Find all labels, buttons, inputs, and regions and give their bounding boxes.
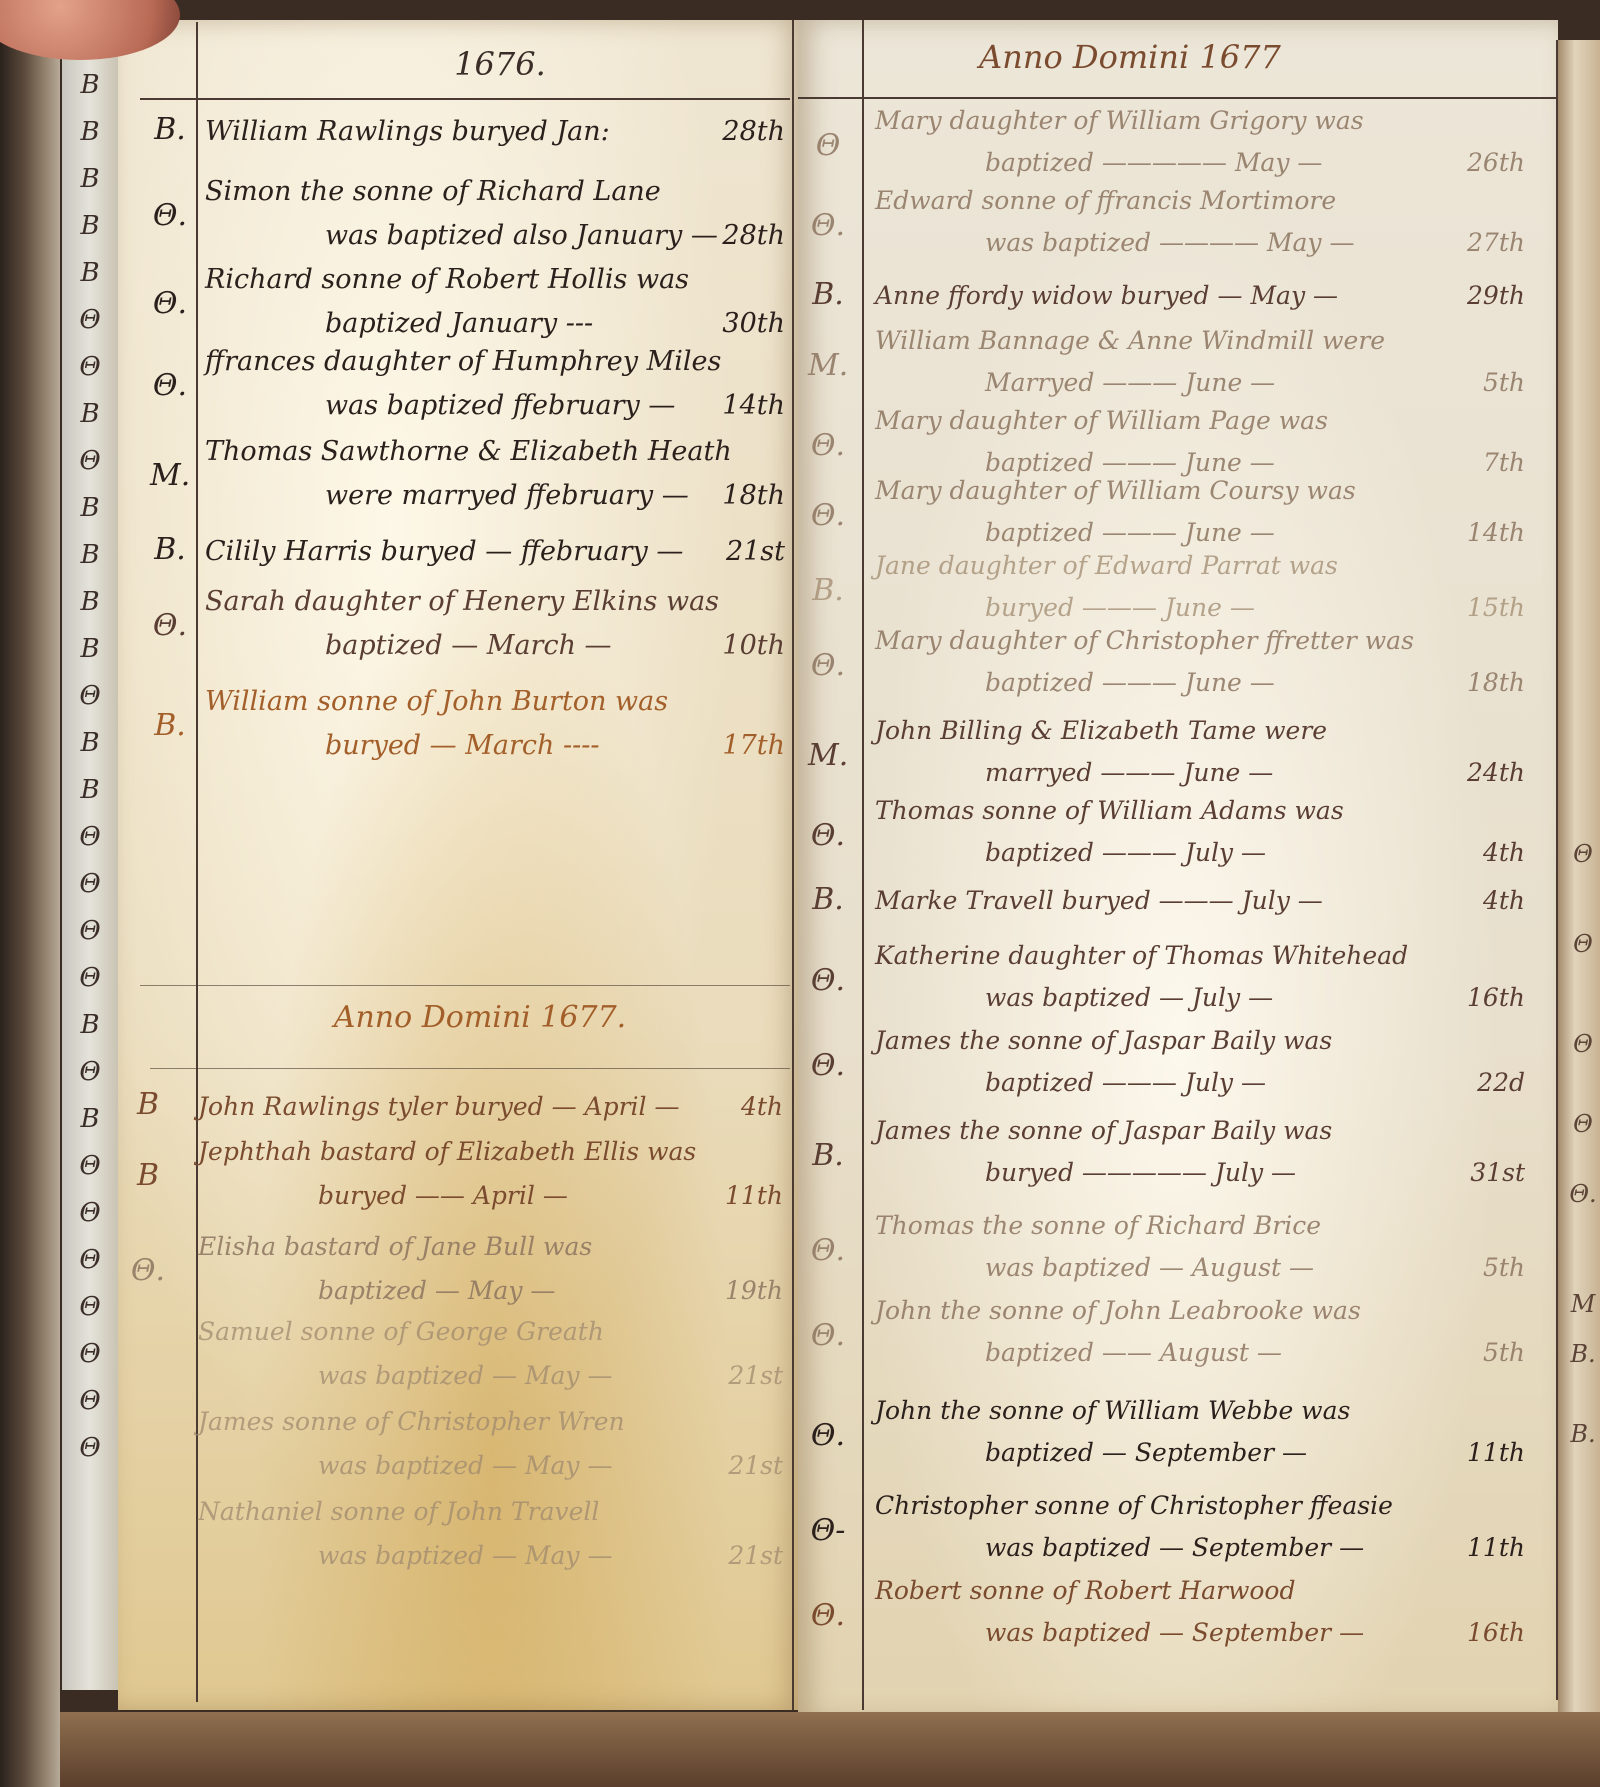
entry-text-line-1: Richard sonne of Robert Hollis was — [205, 258, 785, 302]
next-page-margin-letter: Θ — [1568, 1030, 1598, 1058]
entry-text-line-2: baptized —— August — — [875, 1332, 1525, 1374]
entry-text-line-1: Thomas the sonne of Richard Brice — [875, 1205, 1525, 1247]
entry-date: 21st — [728, 1354, 783, 1398]
entry-text-line-1: William Rawlings buryed Jan: — [205, 110, 785, 154]
right-header-rule — [798, 97, 1558, 99]
entry-text-line-2: was baptized — May — — [198, 1354, 783, 1398]
entry-date: 27th — [1467, 222, 1525, 264]
entry-type-marker: Θ. — [808, 428, 848, 463]
entry-date: 5th — [1483, 362, 1525, 404]
register-entry: James sonne of Christopher Wrenwas bapti… — [198, 1400, 783, 1488]
fore-edge-letter: B — [70, 1104, 110, 1151]
entry-type-marker: Θ. — [150, 286, 190, 321]
entry-date: 4th — [1483, 880, 1525, 922]
entry-text-line-1: Marke Travell buryed ——— July — — [875, 880, 1525, 922]
register-entry: Mary daughter of William Grigory wasbapt… — [875, 100, 1525, 184]
register-entry: Thomas sonne of William Adams wasbaptize… — [875, 790, 1525, 874]
entry-text-line-2: baptized — March — — [205, 624, 785, 668]
entry-text-line-1: John the sonne of John Leabrooke was — [875, 1290, 1525, 1332]
entry-text-line-2: Marryed ——— June — — [875, 362, 1525, 404]
entry-text-line-1: Nathaniel sonne of John Travell — [198, 1490, 783, 1534]
register-entry: James the sonne of Jaspar Baily wasburye… — [875, 1110, 1525, 1194]
entry-type-marker: Θ. — [808, 1318, 848, 1353]
entry-date: 17th — [722, 724, 785, 768]
register-entry: John Rawlings tyler buryed — April —4th — [198, 1085, 783, 1129]
fore-edge-letter: Θ — [70, 305, 110, 352]
next-page-margin-letter: Θ — [1568, 840, 1598, 868]
entry-text-line-1: ffrances daughter of Humphrey Miles — [205, 340, 785, 384]
entry-type-marker: Θ. — [808, 818, 848, 853]
next-page-margin-letter: Θ. — [1568, 1180, 1598, 1208]
fore-edge-letter: B — [70, 399, 110, 446]
fore-edge-index-letters: BBBBBΘΘBΘBBBBΘBBΘΘΘΘBΘBΘΘΘΘΘΘΘ — [70, 70, 110, 1480]
entry-text-line-1: Christopher sonne of Christopher ffeasie — [875, 1485, 1525, 1527]
next-page-margin-letter: B. — [1568, 1340, 1598, 1368]
entry-text-line-1: James the sonne of Jaspar Baily was — [875, 1020, 1525, 1062]
entry-text-line-1: Elisha bastard of Jane Bull was — [198, 1225, 783, 1269]
entry-text-line-2: was baptized — May — — [198, 1444, 783, 1488]
entry-text-line-1: Jane daughter of Edward Parrat was — [875, 545, 1525, 587]
fore-edge-letter: Θ — [70, 1292, 110, 1339]
entry-date: 5th — [1483, 1247, 1525, 1289]
right-page-edge-rule — [1556, 40, 1558, 1700]
entry-text-line-2: were marryed ffebruary — — [205, 474, 785, 518]
entry-text-line-1: Katherine daughter of Thomas Whitehead — [875, 935, 1525, 977]
entry-date: 4th — [1483, 832, 1525, 874]
fore-edge-letter: Θ — [70, 916, 110, 963]
register-entry: ffrances daughter of Humphrey Mileswas b… — [205, 340, 785, 428]
fore-edge-letter: B — [70, 728, 110, 775]
entry-type-marker: B — [128, 1158, 168, 1193]
fore-edge-letter: Θ — [70, 1198, 110, 1245]
entry-text-line-2: baptized — September — — [875, 1432, 1525, 1474]
register-entry: Jephthah bastard of Elizabeth Ellis wasb… — [198, 1130, 783, 1218]
fore-edge-letter: Θ — [70, 963, 110, 1010]
entry-text-line-1: Thomas Sawthorne & Elizabeth Heath — [205, 430, 785, 474]
entry-date: 21st — [728, 1534, 783, 1578]
next-page-margin-letter: B. — [1568, 1420, 1598, 1448]
entry-text-line-2: baptized — May — — [198, 1269, 783, 1313]
entry-type-marker: Θ. — [808, 963, 848, 998]
fore-edge-letter: B — [70, 540, 110, 587]
register-entry: Jane daughter of Edward Parrat wasburyed… — [875, 545, 1525, 629]
entry-text-line-1: William sonne of John Burton was — [205, 680, 785, 724]
entry-text-line-1: Edward sonne of ffrancis Mortimore — [875, 180, 1525, 222]
entry-type-marker: M. — [808, 348, 848, 383]
entry-text-line-1: Cilily Harris buryed — ffebruary — — [205, 530, 785, 574]
fore-edge-letter: Θ — [70, 869, 110, 916]
register-entry: William sonne of John Burton wasburyed —… — [205, 680, 785, 768]
entry-text-line-2: was baptized — May — — [198, 1534, 783, 1578]
fore-edge-letter: B — [70, 164, 110, 211]
entry-type-marker: B. — [808, 573, 848, 608]
entry-text-line-2: baptized ——— June — — [875, 662, 1525, 704]
register-entry: Mary daughter of William Coursy wasbapti… — [875, 470, 1525, 554]
entry-text-line-1: James the sonne of Jaspar Baily was — [875, 1110, 1525, 1152]
entry-type-marker: Θ. — [808, 498, 848, 533]
fore-edge-letter: B — [70, 587, 110, 634]
entry-type-marker: Θ. — [150, 608, 190, 643]
left-header-rule — [140, 98, 790, 100]
entry-date: 21st — [728, 1444, 783, 1488]
entry-text-line-1: Jephthah bastard of Elizabeth Ellis was — [198, 1130, 783, 1174]
entry-type-marker: Θ- — [808, 1513, 848, 1548]
left-section-rule-bottom — [150, 1068, 790, 1069]
register-entry: Marke Travell buryed ——— July —4th — [875, 880, 1525, 922]
entry-date: 24th — [1467, 752, 1525, 794]
fore-edge-letter: B — [70, 258, 110, 305]
next-page-edge — [1558, 40, 1600, 1740]
entry-text-line-1: Simon the sonne of Richard Lane — [205, 170, 785, 214]
fore-edge-letter: B — [70, 634, 110, 681]
entry-type-marker: Θ. — [808, 208, 848, 243]
year-heading-1676: 1676. — [400, 45, 600, 83]
register-entry: Robert sonne of Robert Harwoodwas baptiz… — [875, 1570, 1525, 1654]
entry-text-line-2: baptized ——— July — — [875, 1062, 1525, 1104]
entry-type-marker: Θ. — [128, 1253, 168, 1288]
entry-type-marker: B — [128, 1087, 168, 1122]
book-spine-edge — [0, 0, 60, 1787]
fore-edge-letter: Θ — [70, 1245, 110, 1292]
entry-text-line-2: buryed — March ---- — [205, 724, 785, 768]
register-entry: Mary daughter of Christopher ffretter wa… — [875, 620, 1525, 704]
register-entry: John the sonne of William Webbe wasbapti… — [875, 1390, 1525, 1474]
entry-date: 10th — [722, 624, 785, 668]
entry-date: 21st — [726, 530, 785, 574]
entry-date: 18th — [1467, 662, 1525, 704]
fore-edge-letter: Θ — [70, 446, 110, 493]
entry-date: 5th — [1483, 1332, 1525, 1374]
entry-text-line-1: Mary daughter of William Coursy was — [875, 470, 1525, 512]
fore-edge-letter: Θ — [70, 1339, 110, 1386]
fore-edge-letter: B — [70, 211, 110, 258]
entry-type-marker: Θ. — [808, 1048, 848, 1083]
register-entry: Sarah daughter of Henery Elkins wasbapti… — [205, 580, 785, 668]
entry-text-line-2: baptized ————— May — — [875, 142, 1525, 184]
entry-text-line-2: was baptized — August — — [875, 1247, 1525, 1289]
entry-date: 14th — [722, 384, 785, 428]
entry-text-line-1: James sonne of Christopher Wren — [198, 1400, 783, 1444]
register-entry: Katherine daughter of Thomas Whiteheadwa… — [875, 935, 1525, 1019]
register-entry: Christopher sonne of Christopher ffeasie… — [875, 1485, 1525, 1569]
entry-type-marker: Θ. — [150, 368, 190, 403]
register-entry: Elisha bastard of Jane Bull wasbaptized … — [198, 1225, 783, 1313]
register-entry: Anne ffordy widow buryed — May —29th — [875, 275, 1525, 317]
entry-date: 26th — [1467, 142, 1525, 184]
left-section-rule-top — [140, 985, 790, 986]
entry-text-line-2: buryed —— April — — [198, 1174, 783, 1218]
entry-type-marker: B. — [808, 277, 848, 312]
next-page-margin-letter: Θ — [1568, 930, 1598, 958]
entry-type-marker: Θ — [808, 128, 848, 163]
register-entry: John the sonne of John Leabrooke wasbapt… — [875, 1290, 1525, 1374]
register-entry: John Billing & Elizabeth Tame weremarrye… — [875, 710, 1525, 794]
year-heading-1677-left: Anno Domini 1677. — [280, 1000, 680, 1035]
book-cover-bottom — [60, 1712, 1600, 1787]
entry-text-line-1: Mary daughter of William Page was — [875, 400, 1525, 442]
entry-type-marker: Θ. — [808, 1418, 848, 1453]
fore-edge-letter: B — [70, 117, 110, 164]
entry-type-marker: M. — [150, 458, 190, 493]
register-entry: James the sonne of Jaspar Baily wasbapti… — [875, 1020, 1525, 1104]
register-entry: Samuel sonne of George Greathwas baptize… — [198, 1310, 783, 1398]
entry-date: 19th — [725, 1269, 783, 1313]
entry-text-line-1: Thomas sonne of William Adams was — [875, 790, 1525, 832]
fore-edge-letter: B — [70, 1010, 110, 1057]
fore-edge-letter: Θ — [70, 1433, 110, 1480]
entry-text-line-1: Sarah daughter of Henery Elkins was — [205, 580, 785, 624]
entry-text-line-1: Anne ffordy widow buryed — May — — [875, 275, 1525, 317]
entry-type-marker: Θ. — [150, 198, 190, 233]
fore-edge-letter: Θ — [70, 1386, 110, 1433]
fore-edge-letter: Θ — [70, 1151, 110, 1198]
entry-text-line-2: was baptized — September — — [875, 1612, 1525, 1654]
entry-date: 11th — [1467, 1527, 1525, 1569]
register-entry: Cilily Harris buryed — ffebruary —21st — [205, 530, 785, 574]
entry-text-line-2: marryed ——— June — — [875, 752, 1525, 794]
entry-type-marker: Θ. — [808, 1598, 848, 1633]
entry-date: 28th — [722, 110, 785, 154]
register-entry: William Bannage & Anne Windmill wereMarr… — [875, 320, 1525, 404]
entry-date: 31st — [1470, 1152, 1525, 1194]
register-entry: Simon the sonne of Richard Lanewas bapti… — [205, 170, 785, 258]
entry-date: 16th — [1467, 1612, 1525, 1654]
entry-text-line-2: baptized ——— July — — [875, 832, 1525, 874]
entry-text-line-2: was baptized ffebruary — — [205, 384, 785, 428]
entry-date: 16th — [1467, 977, 1525, 1019]
year-heading-1677-right: Anno Domini 1677 — [920, 38, 1340, 76]
register-entry: Nathaniel sonne of John Travellwas bapti… — [198, 1490, 783, 1578]
entry-date: 22d — [1477, 1062, 1525, 1104]
entry-date: 4th — [741, 1085, 783, 1129]
fore-edge-letter: Θ — [70, 352, 110, 399]
next-page-margin-letter: Θ — [1568, 1110, 1598, 1138]
entry-type-marker: B. — [808, 1138, 848, 1173]
entry-text-line-1: Mary daughter of William Grigory was — [875, 100, 1525, 142]
entry-text-line-2: was baptized — July — — [875, 977, 1525, 1019]
register-entry: Thomas the sonne of Richard Bricewas bap… — [875, 1205, 1525, 1289]
fore-edge-letter: Θ — [70, 1057, 110, 1104]
entry-type-marker: B. — [150, 532, 190, 567]
entry-date: 18th — [722, 474, 785, 518]
gutter-rule — [792, 20, 794, 1710]
entry-type-marker: M. — [808, 738, 848, 773]
fore-edge-letter: B — [70, 775, 110, 822]
register-entry: Edward sonne of ffrancis Mortimorewas ba… — [875, 180, 1525, 264]
entry-date: 11th — [725, 1174, 783, 1218]
right-margin-rule — [862, 20, 864, 1710]
entry-date: 11th — [1467, 1432, 1525, 1474]
entry-text-line-1: John Billing & Elizabeth Tame were — [875, 710, 1525, 752]
entry-type-marker: Θ. — [808, 648, 848, 683]
entry-type-marker: B. — [150, 708, 190, 743]
register-entry: Richard sonne of Robert Hollis wasbaptiz… — [205, 258, 785, 346]
entry-type-marker: B. — [808, 882, 848, 917]
entry-text-line-1: Samuel sonne of George Greath — [198, 1310, 783, 1354]
entry-text-line-1: John the sonne of William Webbe was — [875, 1390, 1525, 1432]
entry-text-line-1: Robert sonne of Robert Harwood — [875, 1570, 1525, 1612]
entry-text-line-2: was baptized ———— May — — [875, 222, 1525, 264]
next-page-margin-letter: M — [1568, 1290, 1598, 1318]
entry-text-line-2: buryed ————— July — — [875, 1152, 1525, 1194]
fore-edge-letter: B — [70, 70, 110, 117]
fore-edge-letter: B — [70, 493, 110, 540]
register-entry: Thomas Sawthorne & Elizabeth Heathwere m… — [205, 430, 785, 518]
entry-type-marker: Θ. — [808, 1233, 848, 1268]
fore-edge-letter: Θ — [70, 822, 110, 869]
entry-text-line-1: Mary daughter of Christopher ffretter wa… — [875, 620, 1525, 662]
fore-edge-letter: Θ — [70, 681, 110, 728]
entry-date: 29th — [1467, 275, 1525, 317]
entry-text-line-1: John Rawlings tyler buryed — April — — [198, 1085, 783, 1129]
entry-text-line-1: William Bannage & Anne Windmill were — [875, 320, 1525, 362]
entry-date: 28th — [722, 214, 785, 258]
entry-type-marker: B. — [150, 112, 190, 147]
entry-text-line-2: was baptized also January — — [205, 214, 785, 258]
register-entry: William Rawlings buryed Jan:28th — [205, 110, 785, 154]
entry-text-line-2: was baptized — September — — [875, 1527, 1525, 1569]
